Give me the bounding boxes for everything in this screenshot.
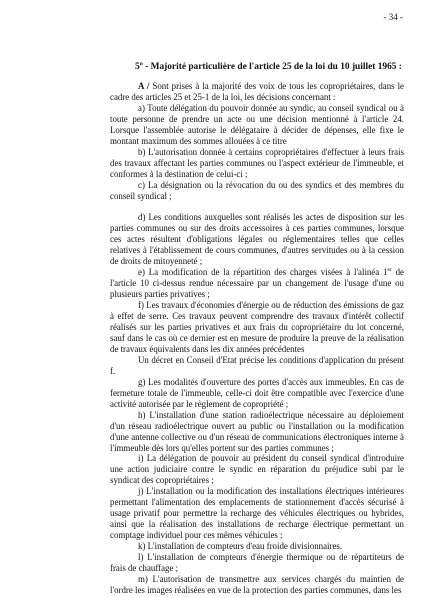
- intro-text: Sont prises à la majorité des voix de to…: [110, 81, 404, 102]
- paragraph-j: j) L'installation ou la modification des…: [110, 486, 404, 541]
- paragraph-e-text: e) La modification de la répartition des…: [138, 267, 388, 277]
- paragraph-b: b) L'autorisation donnée à certains copr…: [110, 147, 404, 180]
- paragraph-f-decree: Un décret en Conseil d'Etat précise les …: [110, 355, 404, 377]
- paragraph-l: l) L'installation de compteurs d'énergie…: [110, 552, 404, 574]
- intro-paragraph: A / Sont prises à la majorité des voix d…: [110, 81, 404, 103]
- intro-label: A /: [138, 81, 149, 91]
- paragraph-i: i) La délégation de pouvoir au président…: [110, 453, 404, 486]
- paragraph-d: d) Les conditions auxquelles sont réalis…: [110, 212, 404, 267]
- document-body: A / Sont prises à la majorité des voix d…: [110, 81, 404, 596]
- paragraph-a: a) Toute délégation du pouvoir donnée au…: [110, 103, 404, 147]
- page-number: - 34 -: [384, 12, 404, 22]
- paragraph-g: g) Les modalités d'ouverture des portes …: [110, 377, 404, 410]
- paragraph-f: f) Les travaux d'économies d'énergie ou …: [110, 300, 404, 355]
- paragraph-h: h) L'installation d'une station radioéle…: [110, 410, 404, 454]
- paragraph-e: e) La modification de la répartition des…: [110, 267, 404, 300]
- paragraph-k: k) L'installation de compteurs d'eau fro…: [110, 541, 404, 552]
- spacer: [110, 201, 404, 212]
- paragraph-m: m) L'autorisation de transmettre aux ser…: [110, 574, 404, 596]
- paragraph-c: c) La désignation ou la révocation du ou…: [110, 180, 404, 202]
- section-title: 5º - Majorité particulière de l'article …: [135, 62, 402, 72]
